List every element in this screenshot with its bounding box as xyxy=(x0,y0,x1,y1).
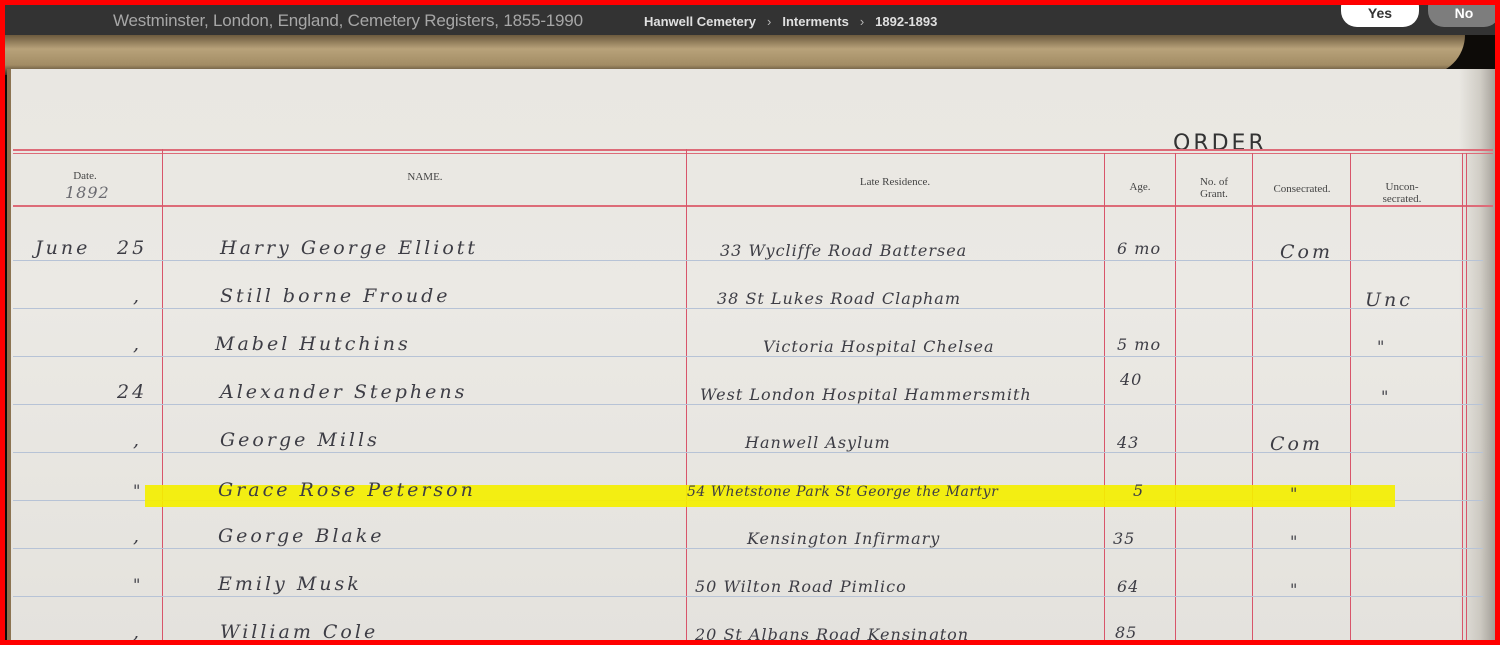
chevron-right-icon: › xyxy=(860,14,864,29)
row-name[interactable]: George Blake xyxy=(218,525,385,547)
row-day: 25 xyxy=(117,237,147,259)
ruled-line xyxy=(13,452,1483,453)
column-header-consecrated: Consecrated. xyxy=(1257,183,1347,195)
no-button[interactable]: No xyxy=(1428,0,1500,27)
row-day: , xyxy=(133,285,142,307)
row-residence: 38 St Lukes Road Clapham xyxy=(717,289,961,308)
row-unconsecrated: " xyxy=(1381,387,1389,406)
row-age: 5 mo xyxy=(1117,335,1161,354)
row-name[interactable]: William Cole xyxy=(220,621,378,640)
column-header-unconsecrated: Uncon-secrated. xyxy=(1367,181,1437,205)
row-name[interactable]: George Mills xyxy=(220,429,380,451)
row-consecrated: Com xyxy=(1280,241,1333,263)
column-divider xyxy=(686,149,687,640)
ruled-line xyxy=(13,260,1483,261)
row-residence: Kensington Infirmary xyxy=(747,529,940,548)
chevron-right-icon: › xyxy=(767,14,771,29)
column-divider xyxy=(162,149,163,640)
row-age: 6 mo xyxy=(1117,239,1161,258)
register-image-viewer[interactable]: ORDER Date. 1892 NAME. Late Residence. A… xyxy=(5,35,1495,640)
row-residence: 50 Wilton Road Pimlico xyxy=(695,577,907,596)
row-day: 24 xyxy=(117,381,147,403)
row-residence: Victoria Hospital Chelsea xyxy=(763,337,994,356)
column-divider xyxy=(1175,153,1176,640)
row-age: 35 xyxy=(1113,529,1135,548)
row-unconsecrated: " xyxy=(1377,337,1385,356)
row-name[interactable]: Mabel Hutchins xyxy=(215,333,411,355)
row-unconsecrated: Unc xyxy=(1365,289,1413,311)
ruled-line xyxy=(13,308,1483,309)
row-day: , xyxy=(133,429,142,451)
row-name[interactable]: Alexander Stephens xyxy=(220,381,467,403)
column-divider xyxy=(1466,153,1467,640)
ruled-line xyxy=(13,356,1483,357)
page-gutter-shadow xyxy=(1459,69,1495,640)
row-name[interactable]: Still borne Froude xyxy=(220,285,450,307)
row-day: " xyxy=(133,481,141,500)
ruled-line xyxy=(13,404,1483,405)
header-top-rule xyxy=(13,149,1493,151)
row-age: 43 xyxy=(1117,433,1139,452)
row-age: 5 xyxy=(1133,481,1144,500)
row-day: , xyxy=(133,333,142,355)
row-day: " xyxy=(133,575,141,594)
column-divider xyxy=(1104,153,1105,640)
row-residence: West London Hospital Hammersmith xyxy=(700,385,1032,404)
collection-title[interactable]: Westminster, London, England, Cemetery R… xyxy=(113,11,583,31)
row-age: 64 xyxy=(1117,577,1139,596)
column-header-grant: No. of Grant. xyxy=(1185,176,1243,200)
row-consecrated: " xyxy=(1290,580,1298,599)
breadcrumb-interments[interactable]: Interments xyxy=(782,14,848,29)
row-day: , xyxy=(133,621,142,640)
column-header-residence: Late Residence. xyxy=(825,176,965,188)
row-residence: 54 Whetstone Park St George the Martyr xyxy=(687,484,998,500)
register-year: 1892 xyxy=(65,183,110,202)
column-header-age: Age. xyxy=(1115,181,1165,193)
ruled-line xyxy=(13,548,1483,549)
yes-button[interactable]: Yes xyxy=(1341,0,1419,27)
breadcrumb-1892-1893[interactable]: 1892-1893 xyxy=(875,14,937,29)
column-header-date: Date. xyxy=(60,170,110,182)
row-consecrated: " xyxy=(1290,484,1298,503)
header-bottom-rule xyxy=(13,205,1493,207)
row-name[interactable]: Emily Musk xyxy=(218,573,362,595)
ruled-line xyxy=(13,596,1483,597)
breadcrumb-hanwell-cemetery[interactable]: Hanwell Cemetery xyxy=(644,14,756,29)
row-age: 85 xyxy=(1115,623,1137,640)
row-residence: Hanwell Asylum xyxy=(745,433,891,452)
row-consecrated: Com xyxy=(1270,433,1323,455)
row-age: 40 xyxy=(1120,370,1142,389)
row-name[interactable]: Harry George Elliott xyxy=(220,237,478,259)
column-header-name: NAME. xyxy=(375,171,475,183)
row-residence: 33 Wycliffe Road Battersea xyxy=(720,241,967,260)
column-divider xyxy=(1252,153,1253,640)
header-bar: Westminster, London, England, Cemetery R… xyxy=(5,5,1495,35)
row-name[interactable]: Grace Rose Peterson xyxy=(218,479,476,501)
header-top-rule-2 xyxy=(13,153,1493,154)
column-divider xyxy=(1350,153,1351,640)
column-divider xyxy=(1462,153,1463,640)
breadcrumb: Hanwell Cemetery › Interments › 1892-189… xyxy=(644,14,937,29)
row-residence: 20 St Albans Road Kensington xyxy=(695,625,969,640)
row-consecrated: " xyxy=(1290,532,1298,551)
row-month: June xyxy=(35,237,90,259)
row-day: , xyxy=(133,525,142,547)
